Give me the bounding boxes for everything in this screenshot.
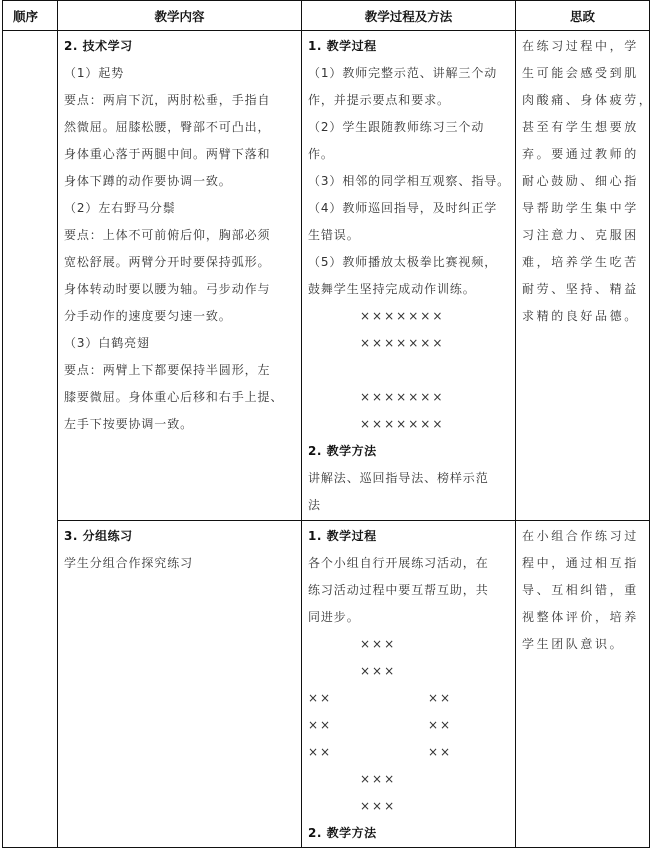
lesson-plan-table: 顺序 教学内容 教学过程及方法 思政 2. 技术学习 （1）起势 要点：两肩下沉… — [2, 0, 650, 848]
ideology-line: 弃。要通过教师的 — [522, 141, 647, 168]
formation-row: ××××××× — [308, 384, 509, 411]
process-line: 各个小组自行开展练习活动，在 — [308, 550, 509, 577]
ideology-line: 求精的良好品德。 — [522, 303, 647, 330]
content-line: 身体下蹲的动作要协调一致。 — [64, 168, 295, 195]
process-line: 作，并提示要点和要求。 — [308, 87, 509, 114]
content-line: 要点：两肩下沉，两肘松垂，手指自 — [64, 87, 295, 114]
formation-row: ××××××× — [308, 303, 509, 330]
content-line: 身体重心落于两腿中间。两臂下落和 — [64, 141, 295, 168]
table-row: 2. 技术学习 （1）起势 要点：两肩下沉，两肘松垂，手指自 然微屈。屈膝松腰，… — [3, 31, 650, 521]
process-line: 同进步。 — [308, 604, 509, 631]
ideology-line: 难，培养学生吃苦 — [522, 249, 647, 276]
process-line: 生错误。 — [308, 222, 509, 249]
formation-row: ×× ×× — [308, 712, 509, 739]
header-order: 顺序 — [3, 1, 58, 31]
header-ideology: 思政 — [516, 1, 650, 31]
ideology-line: 在练习过程中，学 — [522, 33, 647, 60]
ideology-line: 生可能会感受到肌 — [522, 60, 647, 87]
ideology-line: 在小组合作练习过 — [522, 523, 647, 550]
content-line: （1）起势 — [64, 60, 295, 87]
process-line: （2）学生跟随教师练习三个动 — [308, 114, 509, 141]
content-line: 身体转动时要以腰为轴。弓步动作与 — [64, 276, 295, 303]
content-cell: 2. 技术学习 （1）起势 要点：两肩下沉，两肘松垂，手指自 然微屈。屈膝松腰，… — [58, 31, 302, 521]
process-line: 练习活动过程中要互帮互助，共 — [308, 577, 509, 604]
formation-left: ×× — [308, 685, 428, 712]
process-cell: 1. 教学过程 （1）教师完整示范、讲解三个动 作，并提示要点和要求。 （2）学… — [302, 31, 516, 521]
ideology-line: 习注意力、克服困 — [522, 222, 647, 249]
formation-right: ×× — [428, 712, 452, 739]
process-line: （1）教师完整示范、讲解三个动 — [308, 60, 509, 87]
ideology-line: 导帮助学生集中学 — [522, 195, 647, 222]
process-line: （4）教师巡回指导，及时纠正学 — [308, 195, 509, 222]
formation-row: ××× — [308, 658, 509, 685]
content-line: 膝要微屈。身体重心后移和右手上提、 — [64, 384, 295, 411]
formation-left: ×× — [308, 712, 428, 739]
ideology-line: 视整体评价，培养 — [522, 604, 647, 631]
content-line: 学生分组合作探究练习 — [64, 550, 295, 577]
header-row: 顺序 教学内容 教学过程及方法 思政 — [3, 1, 650, 31]
method-line: 法 — [308, 492, 509, 519]
content-line: 分手动作的速度要匀速一致。 — [64, 303, 295, 330]
section-title: 3. 分组练习 — [64, 523, 295, 550]
formation-right: ×× — [428, 739, 452, 766]
table-row: 3. 分组练习 学生分组合作探究练习 1. 教学过程 各个小组自行开展练习活动，… — [3, 521, 650, 848]
formation-left: ×× — [308, 739, 428, 766]
ideology-line: 导、互相纠错，重 — [522, 577, 647, 604]
header-content: 教学内容 — [58, 1, 302, 31]
content-line: 要点：两臂上下都要保持半圆形，左 — [64, 357, 295, 384]
formation-right: ×× — [428, 685, 452, 712]
ideology-line: 肉酸痛、身体疲劳， — [522, 87, 647, 114]
formation-row: ×× ×× — [308, 739, 509, 766]
process-line: 鼓舞学生坚持完成动作训练。 — [308, 276, 509, 303]
header-process: 教学过程及方法 — [302, 1, 516, 31]
formation-row: ××× — [308, 766, 509, 793]
ideology-line: 耐劳、坚持、精益 — [522, 276, 647, 303]
content-line: 左手下按要协调一致。 — [64, 411, 295, 438]
method-title: 2. 教学方法 — [308, 438, 509, 465]
ideology-line: 程中，通过相互指 — [522, 550, 647, 577]
process-title: 1. 教学过程 — [308, 523, 509, 550]
formation-row: ××××××× — [308, 330, 509, 357]
process-line: （5）教师播放太极拳比赛视频， — [308, 249, 509, 276]
section-title: 2. 技术学习 — [64, 33, 295, 60]
process-line: （3）相邻的同学相互观察、指导。 — [308, 168, 509, 195]
content-cell: 3. 分组练习 学生分组合作探究练习 — [58, 521, 302, 848]
method-title: 2. 教学方法 — [308, 820, 509, 847]
ideology-line: 学生团队意识。 — [522, 631, 647, 658]
formation-row: ×× ×× — [308, 685, 509, 712]
ideology-cell: 在练习过程中，学 生可能会感受到肌 肉酸痛、身体疲劳， 甚至有学生想要放 弃。要… — [516, 31, 650, 521]
process-line: 作。 — [308, 141, 509, 168]
ideology-line: 耐心鼓励、细心指 — [522, 168, 647, 195]
formation-row: ××× — [308, 631, 509, 658]
ideology-line: 甚至有学生想要放 — [522, 114, 647, 141]
content-line: （3）白鹤亮翅 — [64, 330, 295, 357]
content-line: 宽松舒展。两臂分开时要保持弧形。 — [64, 249, 295, 276]
order-cell — [3, 31, 58, 848]
process-cell: 1. 教学过程 各个小组自行开展练习活动，在 练习活动过程中要互帮互助，共 同进… — [302, 521, 516, 848]
formation-gap — [308, 357, 509, 384]
formation-row: ××× — [308, 793, 509, 820]
process-title: 1. 教学过程 — [308, 33, 509, 60]
formation-row: ××××××× — [308, 411, 509, 438]
content-line: 然微屈。屈膝松腰，臀部不可凸出， — [64, 114, 295, 141]
content-line: 要点：上体不可前俯后仰，胸部必须 — [64, 222, 295, 249]
content-line: （2）左右野马分鬃 — [64, 195, 295, 222]
method-line: 讲解法、巡回指导法、榜样示范 — [308, 465, 509, 492]
ideology-cell: 在小组合作练习过 程中，通过相互指 导、互相纠错，重 视整体评价，培养 学生团队… — [516, 521, 650, 848]
